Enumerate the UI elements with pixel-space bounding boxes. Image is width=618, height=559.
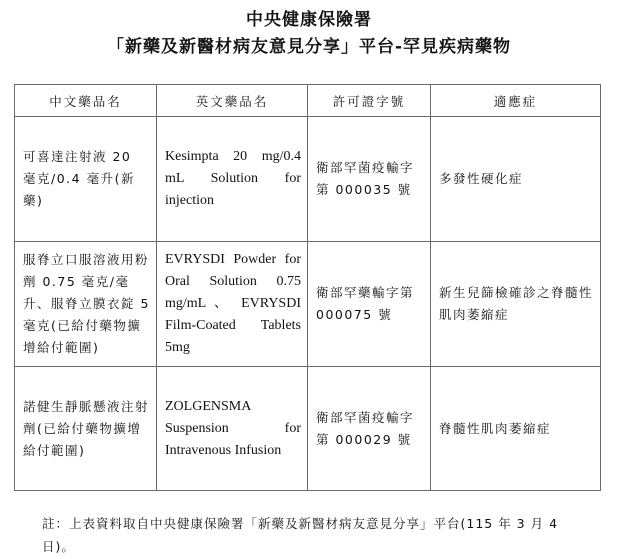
rare-disease-drug-table: 中文藥品名 英文藥品名 許可證字號 適應症 可喜達注射液 20 毫克/0.4 毫… <box>14 84 601 491</box>
cell-license: 衛部罕藥輸字第 000075 號 <box>308 242 431 367</box>
table-row: 諾健生靜脈懸液注射劑(已給付藥物擴增給付範圍) ZOLGENSMA Suspen… <box>15 367 601 491</box>
cell-indication: 多發性硬化症 <box>431 117 601 242</box>
cell-en-name: Kesimpta 20 mg/0.4 mL Solution for injec… <box>157 117 308 242</box>
cell-zh-name: 可喜達注射液 20 毫克/0.4 毫升(新藥) <box>15 117 157 242</box>
cell-zh-name: 諾健生靜脈懸液注射劑(已給付藥物擴增給付範圍) <box>15 367 157 491</box>
column-header-zh-name: 中文藥品名 <box>15 85 157 117</box>
table-row: 服脊立口服溶液用粉劑 0.75 毫克/毫升、服脊立膜衣錠 5 毫克(已給付藥物擴… <box>15 242 601 367</box>
cell-en-name: EVRYSDI Powder for Oral Solution 0.75 mg… <box>157 242 308 367</box>
title-agency: 中央健康保險署 <box>0 8 618 32</box>
title-platform: 「新藥及新醫材病友意見分享」平台-罕見疾病藥物 <box>0 35 618 59</box>
table-header-row: 中文藥品名 英文藥品名 許可證字號 適應症 <box>15 85 601 117</box>
cell-license: 衛部罕菌疫輸字第 000035 號 <box>308 117 431 242</box>
cell-en-name: ZOLGENSMA Suspension for Intravenous Inf… <box>157 367 308 491</box>
document-title: 中央健康保險署 「新藥及新醫材病友意見分享」平台-罕見疾病藥物 <box>0 8 618 59</box>
cell-indication: 新生兒篩檢確診之脊髓性肌肉萎縮症 <box>431 242 601 367</box>
cell-license: 衛部罕菌疫輸字第 000029 號 <box>308 367 431 491</box>
footnote: 註：上表資料取自中央健康保險署「新藥及新醫材病友意見分享」平台(115 年 3 … <box>42 512 562 558</box>
column-header-license: 許可證字號 <box>308 85 431 117</box>
cell-zh-name: 服脊立口服溶液用粉劑 0.75 毫克/毫升、服脊立膜衣錠 5 毫克(已給付藥物擴… <box>15 242 157 367</box>
column-header-indication: 適應症 <box>431 85 601 117</box>
column-header-en-name: 英文藥品名 <box>157 85 308 117</box>
cell-indication: 脊髓性肌肉萎縮症 <box>431 367 601 491</box>
table-row: 可喜達注射液 20 毫克/0.4 毫升(新藥) Kesimpta 20 mg/0… <box>15 117 601 242</box>
